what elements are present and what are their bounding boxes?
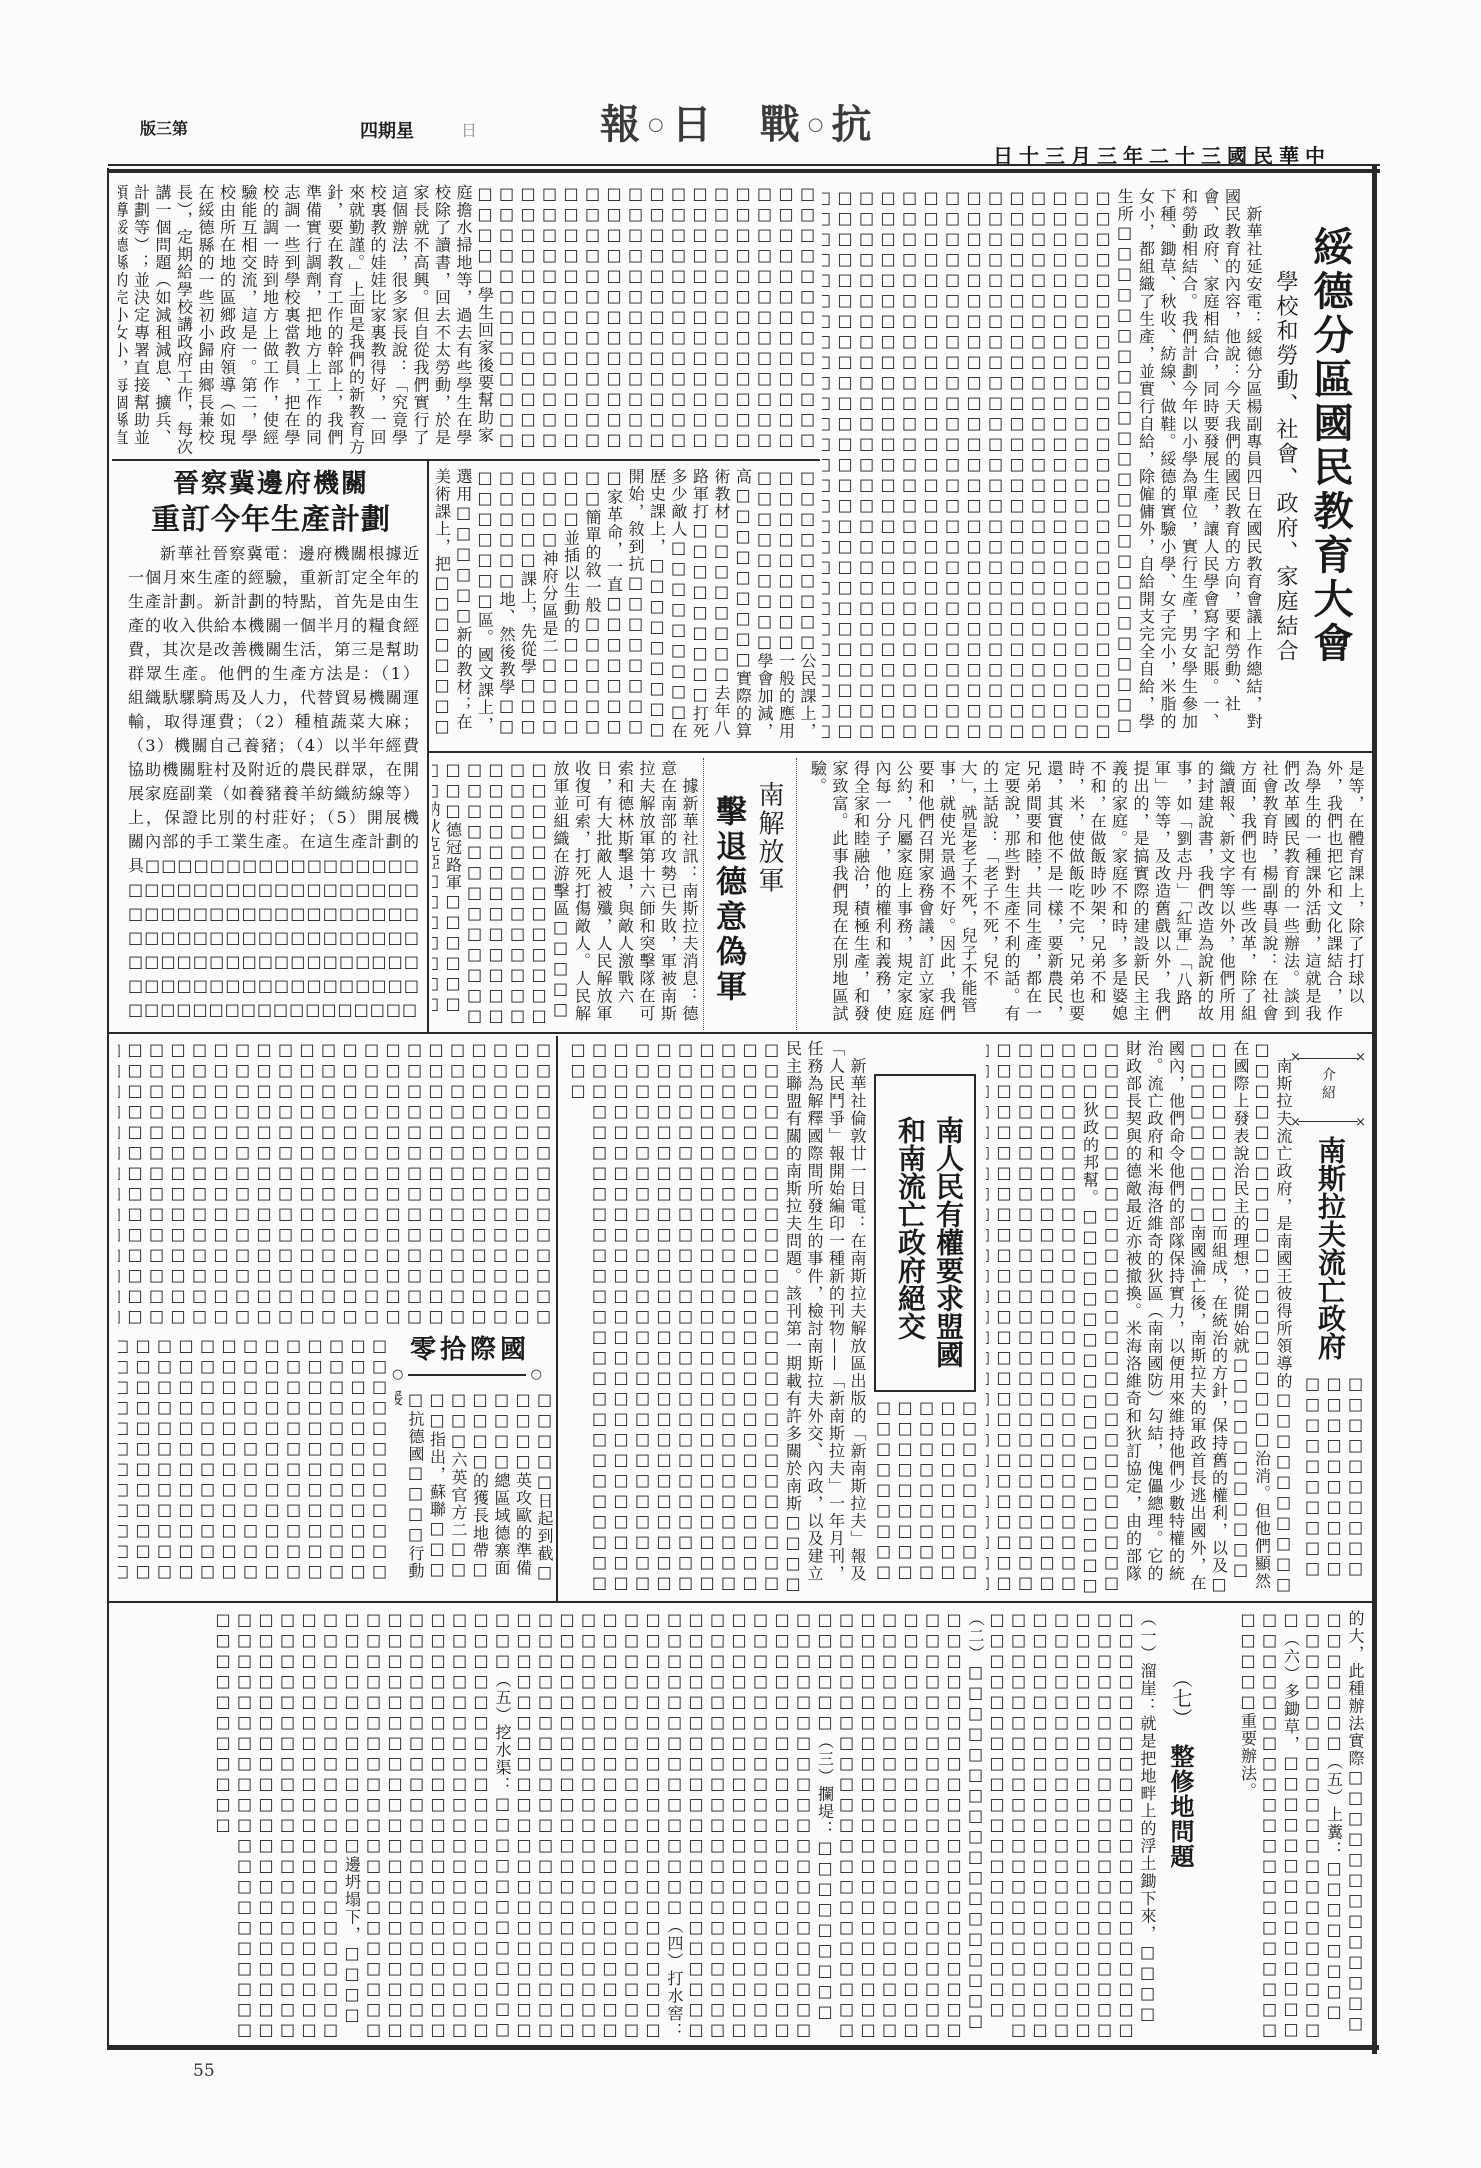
yugoslav-people-body-cont-left: □□□□□□□□□□□□□□□□□□□□□□□□□□□□□□□□□□□□□□□□… (118, 1040, 554, 1330)
weekday-fragment: 日 (461, 118, 477, 141)
nanjie-kicker: 南解放軍 (752, 781, 786, 903)
band-divider-top (112, 459, 820, 461)
international-briefs-title: 國際拾零 (410, 1334, 530, 1366)
farming-body-left: （一）溜崖：就是把地畔上的浮土鋤下來，□□□□□□□□□□□□□□□□□□□□□… (118, 1610, 1158, 2042)
international-briefs-ornament: ○ ○ (392, 1368, 542, 1382)
corner-cross-icon: × (1355, 1051, 1366, 1064)
suide-article-body-band2: □□□□□□□□□公民課上，□□□□□□□□□一般的應用□□□□□□□□□學會加… (432, 468, 818, 746)
masthead-char: 報 (600, 100, 640, 150)
suide-article-body-band3: 是等，在體育課上，除了打球以外，我們也把它和文化課結合，作為學生的一種課外活動，… (800, 760, 1366, 1028)
masthead-separator: ○ (808, 100, 824, 150)
column-divider-dotted (796, 758, 797, 1030)
suide-article-subtitle: 學校和勞動、社會、政府、家庭結合 (1270, 270, 1300, 670)
intro-tag-box: × × × × 介紹 (1298, 1058, 1358, 1122)
masthead-separator: ○ (648, 100, 664, 150)
band-divider-lower (108, 1032, 1372, 1034)
column-divider-left (556, 1036, 558, 1602)
masthead: 報○日戰○抗 (600, 100, 870, 155)
frame-right (1372, 164, 1377, 2054)
band-divider-bottom (108, 1601, 1372, 1603)
frame-bottom (107, 2045, 1379, 2050)
yugoslav-exile-title: 南斯拉夫流亡政府 (1311, 1136, 1349, 1368)
nanjie-headline: 擊退德意偽軍 (707, 795, 749, 1011)
frame-left (107, 168, 109, 2050)
suide-article-body-band1: □□□□□□□□□□□□□□□□□□□□□□□□□□□□□□□□□□□□□□□□… (118, 184, 818, 456)
yugoslav-people-headline-line1: 南人民有權要求盟國 (930, 1116, 966, 1378)
ornament-line (408, 1374, 526, 1376)
newspaper-page: 第三版 星期四 日 報○日戰○抗 中華民國三十二年三月三十日 綏德分區國民教育大… (0, 0, 1481, 2168)
masthead-char: 戰 (760, 100, 800, 150)
yugoslav-exile-body-cont: □□□□□□□□□□□□□□□□□□□□□□□□□□□□□□□□□□□□□□□□ (1300, 1374, 1366, 1596)
masthead-char: 抗 (831, 100, 871, 150)
international-briefs-body-a: □□□□□日起到截□□□□□英攻歐的準備□□□□總區域德寨面□□□□的獲長地帶□… (395, 1390, 555, 1596)
circle-ornament-icon: ○ (531, 1368, 542, 1382)
column-divider-jinchaji (427, 460, 429, 1033)
header-rule-thin (108, 164, 1380, 166)
international-briefs-body-b: □□□□□□□□□□□□□□□□□□□□□□□□□□□□□□□□□□□□□□□□… (118, 1336, 390, 1596)
farming-section-number: （七） (1166, 1668, 1196, 1738)
jinchaji-headline-line1: 晉察冀邊府機關 (118, 468, 424, 500)
suide-article-title: 綏德分區國民教育大會 (1307, 226, 1353, 678)
farming-section-title: 整修地問題 (1163, 1744, 1197, 1876)
header-rule-thick (108, 169, 1380, 173)
band-divider-middle (428, 751, 1372, 753)
circle-ornament-icon: ○ (392, 1368, 403, 1382)
jinchaji-article-body: 新華社晉察冀電：邊府機關根據近一個月來生產的經驗，重新訂定全年的生產計劃。新計劃… (128, 542, 420, 1026)
intro-tag-label: 介紹 (1318, 1067, 1338, 1113)
jinchaji-headline-line2: 重訂今年生產計劃 (118, 502, 424, 536)
masthead-char: 日 (672, 100, 712, 150)
weekday-label: 星期四 (360, 117, 414, 143)
yugoslav-people-headline-box: 南人民有權要求盟國 和南流亡政府絕交 (874, 1074, 976, 1392)
column-divider-dotted (703, 758, 704, 1030)
yugoslav-people-headline-line2: 和南流亡政府絕交 (892, 1116, 928, 1356)
page-number: 55 (193, 2061, 215, 2081)
yugoslav-exile-body: 南斯拉夫流亡政府，是南國王彼得所領導的□□□□□□□□□□□□□□□□□□□□□… (986, 1040, 1294, 1596)
corner-cross-icon: × (1355, 1116, 1366, 1129)
page-section-label: 第三版 (140, 116, 188, 139)
yugoslav-people-body-cont: □□□□□□□□□□□□□□□□□□□□□□□□□□□□□□□□□□□□□□□□… (874, 1398, 980, 1596)
farming-body-right: 的大，此種辦法實際□□□□□□□□□□□□□□□□□□□□（五）上糞：□□□□□… (1206, 1610, 1366, 2042)
suide-article-body-tall: 新華社延安電：綏德分區楊副專員四日在國民教育會議上作總結，對國民教育的內容，他說… (822, 188, 1264, 746)
nanjie-article-body: 據新華社訊：南斯拉夫消息：德意在南部的攻勢已失敗，軍被南斯拉夫解放軍第十六師和突… (432, 760, 700, 1028)
yugoslav-people-body: 新華社倫敦廿一日電：在南斯拉夫解放區出版的「新南斯拉夫」報及「人民鬥爭」報開始編… (560, 1040, 868, 1596)
